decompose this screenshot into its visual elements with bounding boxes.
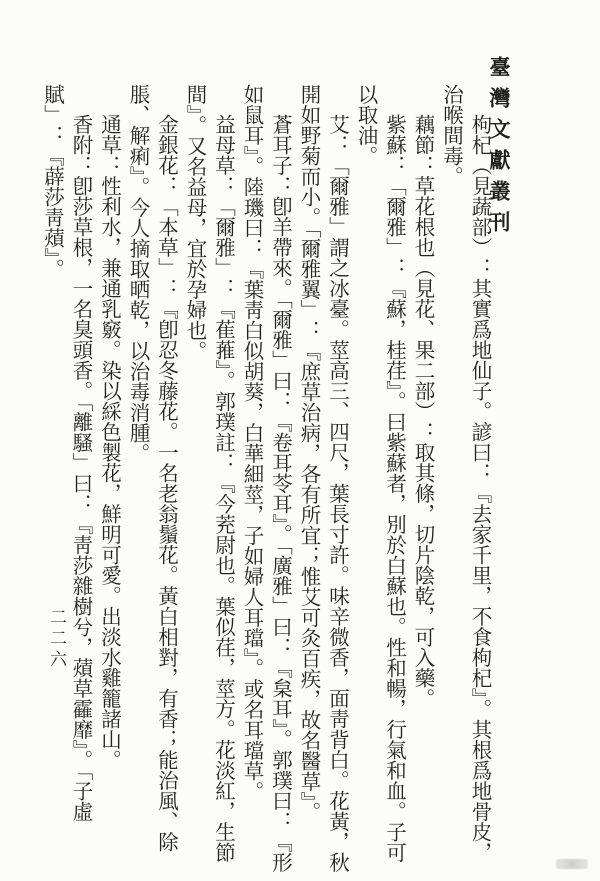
entry-xiangfu: 香附：卽莎草根，一名臭頭香。「離騷」曰：『靑莎雜樹兮，薠草靃靡』。「子虛賦」：『…: [37, 84, 94, 876]
entry-gouqi: 枸杞（見蔬部）：其實爲地仙子。諺曰：『去家千里，不食枸杞』。其根爲地骨皮，治喉間…: [436, 84, 493, 876]
book-page: 臺灣文獻叢刊 枸杞（見蔬部）：其實爲地仙子。諺曰：『去家千里，不食枸杞』。其根爲…: [0, 0, 600, 881]
entry-tongcao: 通草：性利水，兼通乳竅。染以綵色製花，鮮明可愛。出淡水雞籠諸山。: [94, 84, 123, 876]
entry-ai: 艾：「爾雅」謂之冰臺。莖高三、四尺，葉長寸許。味辛微香，面靑背白。花黃，秋開如野…: [294, 84, 351, 876]
entry-cangerzi: 蒼耳子：卽羊帶來。「爾雅」曰：『卷耳苓耳』。「廣雅」曰：『枲耳』。郭璞曰：『形如…: [237, 84, 294, 876]
entry-oujie: 藕節：草花根也（見花、果二部）：取其條，切片陰乾，可入藥。: [408, 84, 437, 876]
text-body: 枸杞（見蔬部）：其實爲地仙子。諺曰：『去家千里，不食枸杞』。其根爲地骨皮，治喉間…: [31, 84, 493, 876]
entry-jinyinhua: 金銀花：「本草」：『卽忍冬藤花。一名老翁鬚花。黃白相對，有香；能治風、除脹、解痢…: [123, 84, 180, 876]
entry-yimucao: 益母草：「爾雅」：『萑蓷』。郭璞註：『今茺尉也。葉似荏，莖方。花淡紅，生節間』。…: [180, 84, 237, 876]
page-number: 二二六: [44, 608, 69, 671]
entry-zisu: 紫蘇：「爾雅」：『蘇，桂荏』。曰紫蘇者，別於白蘇也。性和暢，行氣和血。子可以取油…: [351, 84, 408, 876]
scan-artifact: [556, 859, 588, 869]
